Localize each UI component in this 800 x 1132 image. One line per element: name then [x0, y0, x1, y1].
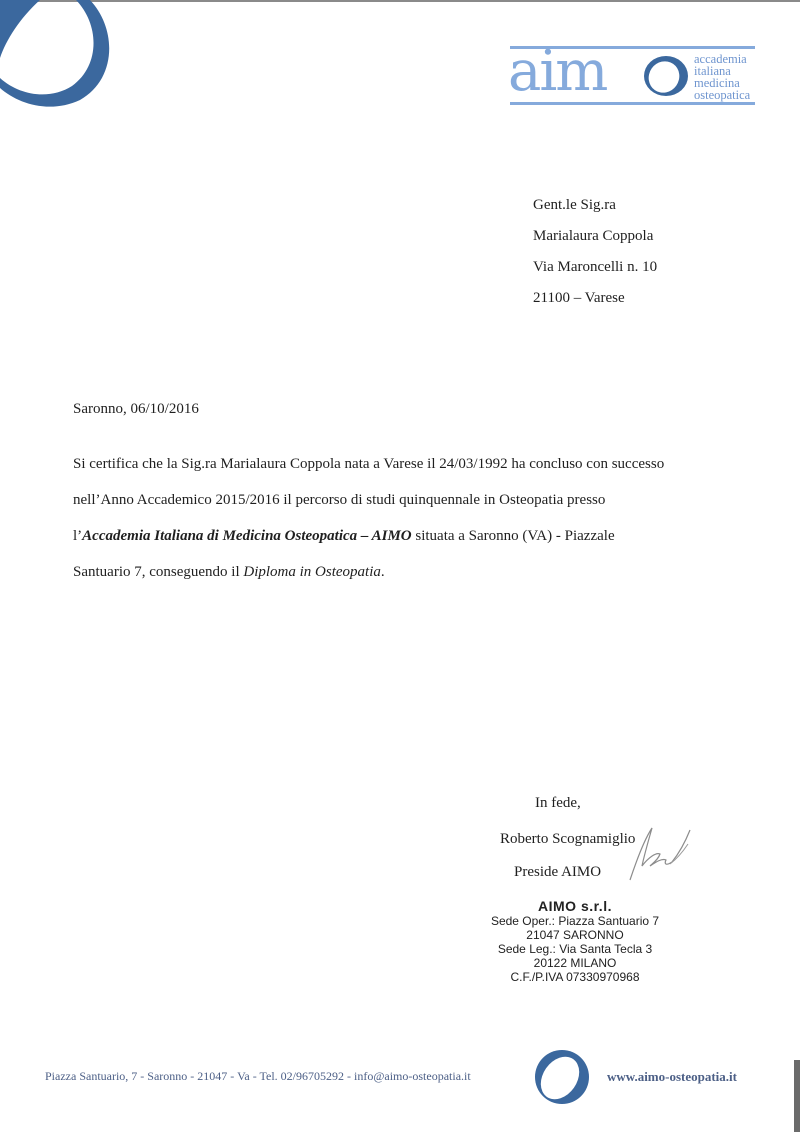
recipient-address-block: Gent.le Sig.ra Marialaura Coppola Via Ma…	[533, 195, 657, 319]
logo-bottom-rule	[510, 102, 755, 105]
scan-right-edge	[794, 1060, 800, 1132]
logo-o-mark-icon	[642, 54, 690, 98]
stamp-line: Sede Leg.: Via Santa Tecla 3	[470, 942, 680, 956]
body-line-4: Santuario 7, conseguendo il Diploma in O…	[73, 562, 753, 598]
scan-top-edge	[0, 0, 800, 2]
aimo-logo: aim accademia italiana medicina osteopat…	[508, 40, 758, 112]
body-line-3: l’Accademia Italiana di Medicina Osteopa…	[73, 526, 753, 562]
recipient-street: Via Maroncelli n. 10	[533, 257, 657, 288]
footer-website-link[interactable]: www.aimo-osteopatia.it	[607, 1069, 737, 1085]
body-line-2: nell’Anno Accademico 2015/2016 il percor…	[73, 490, 753, 526]
company-stamp: AIMO s.r.l. Sede Oper.: Piazza Santuario…	[470, 898, 680, 984]
diploma-title: Diploma in Osteopatia	[243, 564, 381, 580]
stamp-line: C.F./P.IVA 07330970968	[470, 970, 680, 984]
footer-logo-mark-icon	[533, 1048, 591, 1106]
logo-tagline: accademia italiana medicina osteopatica	[694, 53, 750, 101]
recipient-city: 21100 – Varese	[533, 288, 657, 319]
stamp-company-name: AIMO s.r.l.	[470, 898, 680, 914]
certificate-body: Si certifica che la Sig.ra Marialaura Co…	[73, 454, 753, 598]
signer-name: Roberto Scognamiglio	[500, 831, 635, 848]
body-line-1: Si certifica che la Sig.ra Marialaura Co…	[73, 454, 753, 490]
signer-role: Preside AIMO	[514, 864, 601, 881]
logo-wordmark: aim	[508, 42, 606, 102]
corner-logo-swoosh-icon	[0, 0, 115, 110]
handwritten-signature-icon	[622, 822, 702, 884]
stamp-line: 20122 MILANO	[470, 956, 680, 970]
stamp-line: Sede Oper.: Piazza Santuario 7	[470, 914, 680, 928]
place-date: Saronno, 06/10/2016	[73, 401, 199, 418]
recipient-name: Marialaura Coppola	[533, 226, 657, 257]
institution-name: Accademia Italiana di Medicina Osteopati…	[82, 528, 411, 544]
stamp-line: 21047 SARONNO	[470, 928, 680, 942]
recipient-salutation: Gent.le Sig.ra	[533, 195, 657, 226]
closing-greeting: In fede,	[535, 795, 581, 812]
footer-address: Piazza Santuario, 7 - Saronno - 21047 - …	[45, 1069, 471, 1084]
